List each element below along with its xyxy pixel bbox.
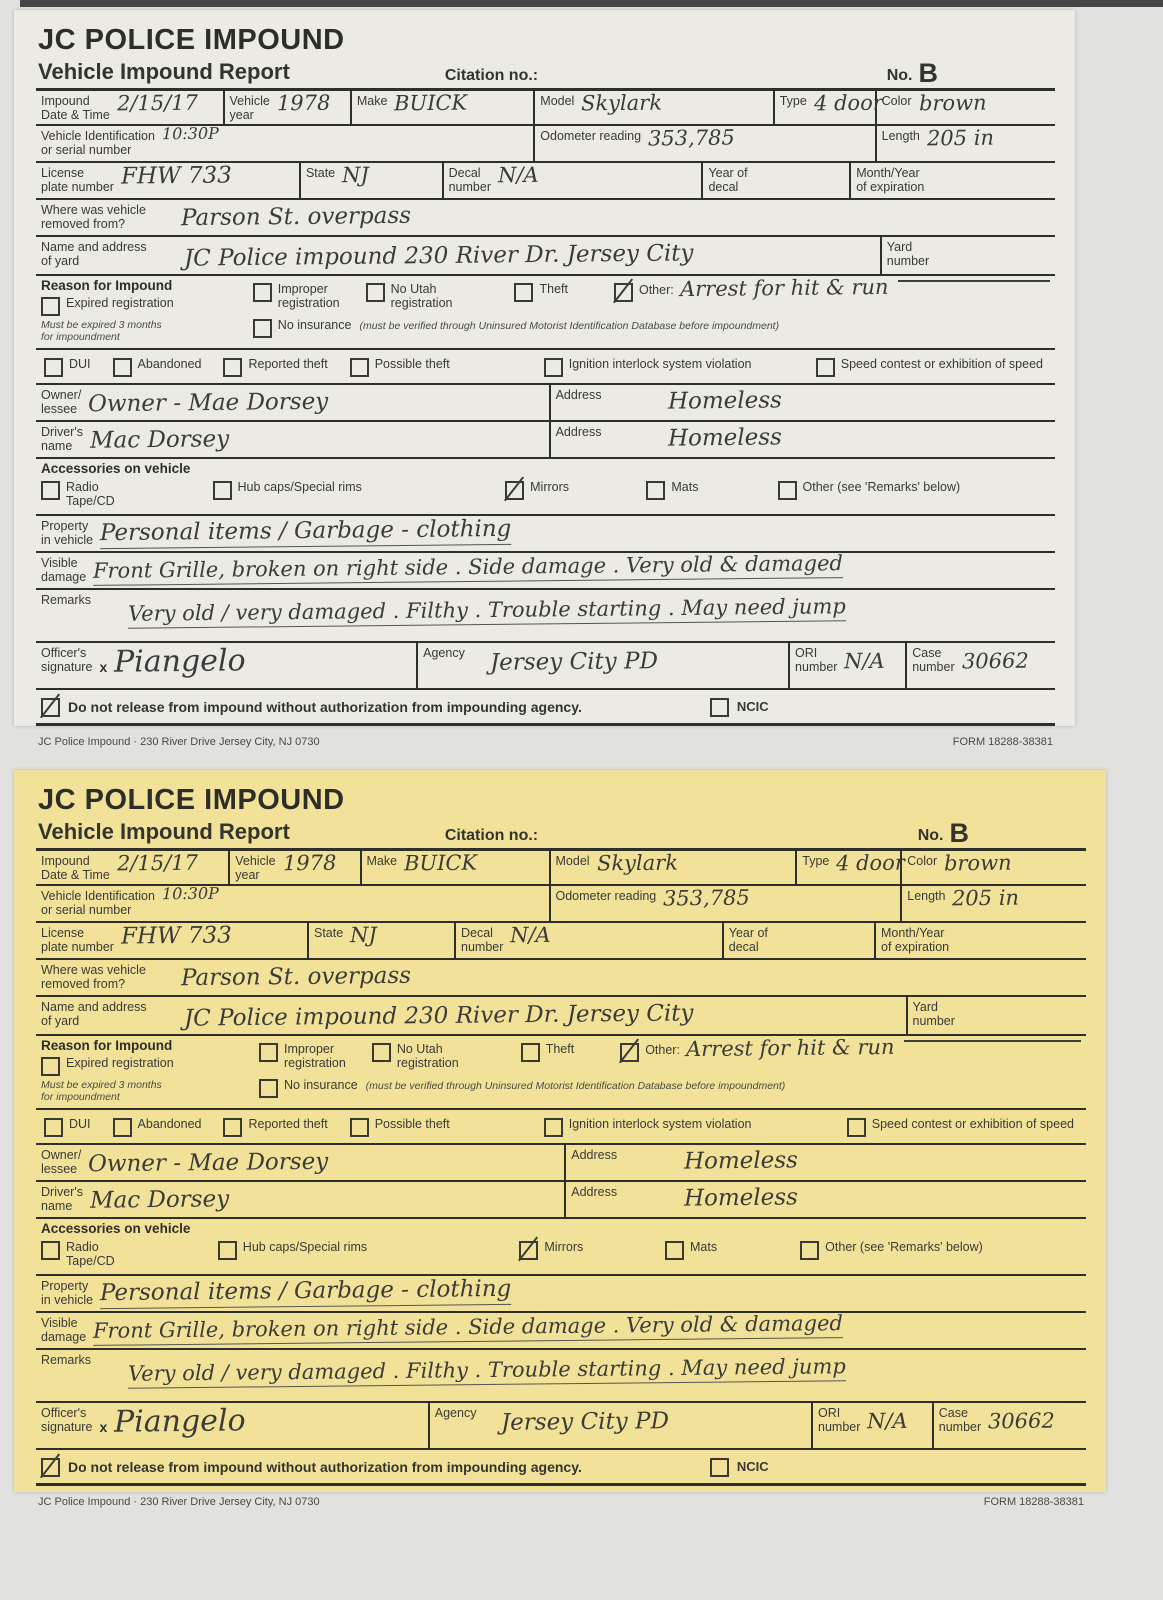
field-odometer: Odometer reading 353,785: [535, 126, 876, 161]
row-driver: Driver's name Mac Dorsey Address Homeles…: [36, 1182, 1086, 1219]
value-agency: Jersey City PD: [501, 1410, 669, 1435]
value-odometer: 353,785: [648, 128, 735, 150]
value-impound-time: 10:30P: [162, 126, 219, 143]
row-yard: Name and address of yard JC Police impou…: [36, 997, 1086, 1036]
value-vehicle-year: 1978: [282, 853, 336, 875]
field-year-of-decal: Year of decal: [703, 163, 851, 198]
field-remarks: Remarks Very old / very damaged . Filthy…: [36, 590, 1055, 641]
form-copy-number: No. B: [887, 62, 938, 85]
field-impound-datetime: Impound Date & Time 2/15/17: [36, 91, 225, 124]
row-removed-from: Where was vehicle removed from? Parson S…: [36, 200, 1055, 237]
possible-theft-checkbox: [350, 1118, 369, 1137]
value-vehicle-year: 1978: [277, 93, 331, 115]
row-dui-checkboxes: DUI Abandoned Reported theft Possible th…: [36, 350, 1055, 385]
checkbox-speed-contest: Speed contest or exhibition of speed: [847, 1117, 1074, 1137]
checkbox-improper-registration: Improper registration: [259, 1042, 346, 1070]
checkbox-hubcaps-rims: Hub caps/Special rims: [213, 480, 506, 500]
mirrors-checkbox: [519, 1241, 538, 1260]
checkbox-ncic: NCIC: [710, 1457, 769, 1477]
no-insurance-checkbox: [253, 319, 272, 338]
value-color: brown: [944, 853, 1012, 875]
field-type: Type 4 door: [797, 851, 902, 884]
row-remarks: Remarks Very old / very damaged . Filthy…: [36, 1350, 1086, 1403]
row-officer: Officer's signature x Piangelo Agency Je…: [36, 1403, 1086, 1450]
checkbox-speed-contest: Speed contest or exhibition of speed: [816, 357, 1043, 377]
row-removed-from: Where was vehicle removed from? Parson S…: [36, 960, 1086, 997]
field-agency: Agency Jersey City PD: [430, 1403, 813, 1448]
form-subtitle: Vehicle Impound Report: [38, 819, 290, 845]
footer-address: JC Police Impound · 230 River Drive Jers…: [38, 1496, 320, 1508]
value-case-number: 30662: [988, 1411, 1055, 1433]
checkbox-other-reason: Other: Arrest for hit & run: [620, 1042, 1081, 1062]
row-accessories: Accessories on vehicle Radio Tape/CD Hub…: [36, 1219, 1086, 1276]
value-property: Personal items / Garbage - clothing: [100, 518, 512, 549]
no-insurance-checkbox: [259, 1079, 278, 1098]
field-case-number: Case number 30662: [907, 643, 1055, 688]
value-state: NJ: [350, 925, 377, 946]
checkbox-radio-tape-cd: Radio Tape/CD: [41, 480, 213, 508]
value-impound-date: 2/15/17: [117, 93, 198, 115]
ignition-interlock-checkbox: [544, 358, 563, 377]
checkbox-possible-theft: Possible theft: [350, 1117, 450, 1137]
value-length: 205 in: [927, 128, 994, 150]
form-subtitle-row: Vehicle Impound Report Citation no.: No.…: [38, 819, 1084, 845]
ncic-checkbox: [710, 1458, 729, 1477]
expired-registration-note: Must be expired 3 months for impoundment: [41, 1079, 249, 1103]
form-title: JC POLICE IMPOUND: [38, 784, 1086, 817]
field-yard-number: Yard number: [908, 997, 1087, 1034]
accessories-header: Accessories on vehicle: [41, 461, 1050, 476]
reported-theft-checkbox: [223, 1118, 242, 1137]
checkbox-theft: Theft: [514, 282, 568, 302]
checkbox-hubcaps-rims: Hub caps/Special rims: [218, 1240, 520, 1260]
field-decal-number: Decal number N/A: [444, 163, 704, 198]
field-property-in-vehicle: Property in vehicle Personal items / Gar…: [36, 516, 1055, 551]
field-impound-datetime: Impound Date & Time 2/15/17: [36, 851, 230, 884]
hubcaps-rims-checkbox: [218, 1241, 237, 1260]
field-color: Color brown: [902, 851, 1086, 884]
checkbox-dui: DUI: [44, 1117, 91, 1137]
row-reason-for-impound: Reason for Impound Expired registration …: [36, 1036, 1086, 1110]
field-type: Type 4 door: [775, 91, 877, 124]
checkbox-abandoned: Abandoned: [113, 1117, 202, 1137]
value-visible-damage: Front Grille, broken on right side . Sid…: [93, 553, 843, 586]
checkbox-no-utah-registration: No Utah registration: [372, 1042, 459, 1070]
value-ori-number: N/A: [844, 651, 885, 672]
no-utah-registration-checkbox: [372, 1043, 391, 1062]
checkbox-ncic: NCIC: [710, 697, 769, 717]
field-license-plate: License plate number FHW 733: [36, 923, 309, 958]
checkbox-mats: Mats: [665, 1240, 800, 1260]
form-subtitle-row: Vehicle Impound Report Citation no.: No.…: [38, 59, 1053, 85]
value-owner-address: Homeless: [668, 389, 782, 413]
theft-checkbox: [514, 283, 533, 302]
value-officer-signature: Piangelo: [114, 646, 246, 677]
citation-label: Citation no.:: [445, 67, 538, 85]
form-grid: Impound Date & Time 2/15/17 Vehicle year…: [36, 88, 1055, 726]
row-owner: Owner/ lessee Owner - Mae Dorsey Address…: [36, 1145, 1086, 1182]
value-removed-from: Parson St. overpass: [181, 205, 411, 230]
mirrors-checkbox: [505, 481, 524, 500]
hubcaps-rims-checkbox: [213, 481, 232, 500]
field-model: Model Skylark: [535, 91, 774, 124]
value-ori-number: N/A: [867, 1411, 908, 1432]
row-license: License plate number FHW 733 State NJ De…: [36, 923, 1086, 960]
form-subtitle: Vehicle Impound Report: [38, 59, 290, 85]
speed-contest-checkbox: [816, 358, 835, 377]
field-state: State NJ: [309, 923, 456, 958]
dui-checkbox: [44, 358, 63, 377]
checkbox-possible-theft: Possible theft: [350, 357, 450, 377]
signature-x-mark: x: [99, 659, 107, 675]
value-impound-time: 10:30P: [162, 886, 219, 903]
field-case-number: Case number 30662: [934, 1403, 1086, 1448]
value-property: Personal items / Garbage - clothing: [100, 1278, 512, 1309]
field-vehicle-year: Vehicle year 1978: [225, 91, 352, 124]
other-reason-checkbox: [620, 1043, 639, 1062]
value-impound-date: 2/15/17: [117, 853, 198, 875]
field-yard-number: Yard number: [882, 237, 1055, 274]
field-model: Model Skylark: [551, 851, 798, 884]
mats-checkbox: [646, 481, 665, 500]
value-model: Skylark: [581, 93, 662, 115]
checkbox-expired-registration: Expired registration: [41, 1056, 249, 1076]
impound-form: JC POLICE IMPOUND Vehicle Impound Report…: [36, 24, 1055, 748]
form-copy-number: No. B: [918, 822, 969, 845]
abandoned-checkbox: [113, 1118, 132, 1137]
value-state: NJ: [342, 165, 369, 186]
row-remarks: Remarks Very old / very damaged . Filthy…: [36, 590, 1055, 643]
row-vin-odometer: Vehicle Identification or serial number …: [36, 126, 1055, 163]
value-other-reason: Arrest for hit & run: [680, 277, 889, 300]
checkbox-dui: DUI: [44, 357, 91, 377]
no-value: B: [919, 62, 939, 85]
checkbox-abandoned: Abandoned: [113, 357, 202, 377]
value-visible-damage: Front Grille, broken on right side . Sid…: [93, 1313, 843, 1346]
form-footer: JC Police Impound · 230 River Drive Jers…: [36, 736, 1055, 748]
value-model: Skylark: [596, 853, 677, 875]
other-reason-line: [898, 280, 1050, 282]
checkbox-theft: Theft: [521, 1042, 575, 1062]
value-make: BUICK: [394, 93, 467, 115]
checkbox-ignition-interlock: Ignition interlock system violation: [544, 357, 752, 377]
signature-x-mark: x: [99, 1419, 107, 1435]
radio-tape-cd-checkbox: [41, 481, 60, 500]
accessories-header: Accessories on vehicle: [41, 1221, 1081, 1236]
field-length: Length 205 in: [877, 126, 1055, 161]
improper-registration-checkbox: [259, 1043, 278, 1062]
row-vehicle-basic: Impound Date & Time 2/15/17 Vehicle year…: [36, 851, 1086, 886]
expired-registration-checkbox: [41, 297, 60, 316]
possible-theft-checkbox: [350, 358, 369, 377]
field-odometer: Odometer reading 353,785: [551, 886, 903, 921]
field-owner-address: Address Homeless: [566, 1145, 1086, 1180]
checkbox-mirrors: Mirrors: [505, 480, 646, 500]
ncic-checkbox: [710, 698, 729, 717]
field-make: Make BUICK: [362, 851, 551, 884]
checkbox-no-insurance: No insurance: [253, 318, 352, 338]
form-footer: JC Police Impound · 230 River Drive Jers…: [36, 1496, 1086, 1508]
mats-checkbox: [665, 1241, 684, 1260]
no-utah-registration-checkbox: [366, 283, 385, 302]
row-owner: Owner/ lessee Owner - Mae Dorsey Address…: [36, 385, 1055, 422]
form-grid: Impound Date & Time 2/15/17 Vehicle year…: [36, 848, 1086, 1486]
speed-contest-checkbox: [847, 1118, 866, 1137]
dui-checkbox: [44, 1118, 63, 1137]
field-decal-number: Decal number N/A: [456, 923, 724, 958]
other-reason-checkbox: [614, 283, 633, 302]
no-label: No.: [887, 67, 913, 85]
ignition-interlock-checkbox: [544, 1118, 563, 1137]
checkbox-no-insurance: No insurance: [259, 1078, 358, 1098]
no-label: No.: [918, 827, 944, 845]
checkbox-other-accessories: Other (see 'Remarks' below): [778, 480, 1050, 500]
row-license: License plate number FHW 733 State NJ De…: [36, 163, 1055, 200]
reported-theft-checkbox: [223, 358, 242, 377]
field-officer-signature: Officer's signature x Piangelo: [36, 1403, 430, 1448]
checkbox-other-reason: Other: Arrest for hit & run: [614, 282, 1050, 302]
field-officer-signature: Officer's signature x Piangelo: [36, 643, 418, 688]
field-removed-from: Where was vehicle removed from? Parson S…: [36, 200, 1055, 235]
field-owner-lessee: Owner/ lessee Owner - Mae Dorsey: [36, 1145, 566, 1180]
white-copy-sheet: JC POLICE IMPOUND Vehicle Impound Report…: [14, 10, 1075, 726]
footer-form-number: FORM 18288-38381: [984, 1496, 1084, 1508]
row-property: Property in vehicle Personal items / Gar…: [36, 516, 1055, 553]
value-owner-lessee: Owner - Mae Dorsey: [88, 1151, 328, 1177]
other-accessories-checkbox: [800, 1241, 819, 1260]
footer-address: JC Police Impound · 230 River Drive Jers…: [38, 736, 320, 748]
value-yard-name-address: JC Police impound 230 River Dr. Jersey C…: [184, 1002, 694, 1030]
field-yard-name-address: Name and address of yard JC Police impou…: [36, 237, 882, 274]
field-visible-damage: Visible damage Front Grille, broken on r…: [36, 553, 1055, 588]
field-removed-from: Where was vehicle removed from? Parson S…: [36, 960, 1086, 995]
value-type: 4 door: [814, 93, 883, 115]
row-release-authorization: Do not release from impound without auth…: [36, 1450, 1086, 1483]
field-yard-name-address: Name and address of yard JC Police impou…: [36, 997, 908, 1034]
field-driver-name: Driver's name Mac Dorsey: [36, 422, 551, 457]
checkbox-other-accessories: Other (see 'Remarks' below): [800, 1240, 1081, 1260]
row-yard: Name and address of yard JC Police impou…: [36, 237, 1055, 276]
release-note: Do not release from impound without auth…: [68, 699, 582, 715]
field-ori-number: ORI number N/A: [790, 643, 907, 688]
value-driver-address: Homeless: [684, 1186, 798, 1210]
checkbox-reported-theft: Reported theft: [223, 357, 327, 377]
no-value: B: [950, 822, 970, 845]
checkbox-expired-registration: Expired registration: [41, 296, 243, 316]
field-owner-address: Address Homeless: [551, 385, 1055, 420]
row-officer: Officer's signature x Piangelo Agency Je…: [36, 643, 1055, 690]
do-not-release-checkbox: [41, 1458, 60, 1477]
field-vehicle-year: Vehicle year 1978: [230, 851, 361, 884]
impound-form: JC POLICE IMPOUND Vehicle Impound Report…: [36, 784, 1086, 1508]
row-vehicle-basic: Impound Date & Time 2/15/17 Vehicle year…: [36, 91, 1055, 126]
field-owner-lessee: Owner/ lessee Owner - Mae Dorsey: [36, 385, 551, 420]
field-property-in-vehicle: Property in vehicle Personal items / Gar…: [36, 1276, 1086, 1311]
other-accessories-checkbox: [778, 481, 797, 500]
checkbox-mirrors: Mirrors: [519, 1240, 665, 1260]
value-owner-lessee: Owner - Mae Dorsey: [88, 391, 328, 417]
do-not-release-checkbox: [41, 698, 60, 717]
row-dui-checkboxes: DUI Abandoned Reported theft Possible th…: [36, 1110, 1086, 1145]
checkbox-mats: Mats: [646, 480, 777, 500]
row-release-authorization: Do not release from impound without auth…: [36, 690, 1055, 723]
value-driver-address: Homeless: [668, 426, 782, 450]
value-remarks: Very old / very damaged . Filthy . Troub…: [128, 596, 846, 629]
value-odometer: 353,785: [663, 888, 750, 910]
field-year-of-decal: Year of decal: [724, 923, 876, 958]
value-make: BUICK: [404, 853, 477, 875]
expired-registration-note: Must be expired 3 months for impoundment: [41, 319, 243, 343]
field-month-year-expiration: Month/Year of expiration: [851, 163, 1055, 198]
row-visible-damage: Visible damage Front Grille, broken on r…: [36, 1313, 1086, 1350]
other-reason-line: [904, 1040, 1081, 1042]
row-accessories: Accessories on vehicle Radio Tape/CD Hub…: [36, 459, 1055, 516]
abandoned-checkbox: [113, 358, 132, 377]
field-remarks: Remarks Very old / very damaged . Filthy…: [36, 1350, 1086, 1401]
value-yard-name-address: JC Police impound 230 River Dr. Jersey C…: [184, 242, 694, 270]
value-agency: Jersey City PD: [490, 650, 658, 675]
value-other-reason: Arrest for hit & run: [686, 1037, 895, 1060]
checkbox-improper-registration: Improper registration: [253, 282, 340, 310]
reason-header: Reason for Impound: [41, 1038, 249, 1053]
checkbox-no-utah-registration: No Utah registration: [366, 282, 453, 310]
citation-label: Citation no.:: [445, 827, 538, 845]
checkbox-radio-tape-cd: Radio Tape/CD: [41, 1240, 218, 1268]
field-visible-damage: Visible damage Front Grille, broken on r…: [36, 1313, 1086, 1348]
no-insurance-note: (must be verified through Uninsured Moto…: [359, 320, 779, 332]
expired-registration-checkbox: [41, 1057, 60, 1076]
value-owner-address: Homeless: [684, 1149, 798, 1173]
field-license-plate: License plate number FHW 733: [36, 163, 301, 198]
field-length: Length 205 in: [902, 886, 1086, 921]
field-driver-name: Driver's name Mac Dorsey: [36, 1182, 566, 1217]
checkbox-ignition-interlock: Ignition interlock system violation: [544, 1117, 752, 1137]
field-vin: Vehicle Identification or serial number …: [36, 126, 535, 161]
field-agency: Agency Jersey City PD: [418, 643, 790, 688]
row-vin-odometer: Vehicle Identification or serial number …: [36, 886, 1086, 923]
row-reason-for-impound: Reason for Impound Expired registration …: [36, 276, 1055, 350]
field-color: Color brown: [877, 91, 1055, 124]
value-color: brown: [918, 93, 986, 115]
radio-tape-cd-checkbox: [41, 1241, 60, 1260]
value-removed-from: Parson St. overpass: [181, 965, 411, 990]
field-vin: Vehicle Identification or serial number …: [36, 886, 551, 921]
field-driver-address: Address Homeless: [551, 422, 1055, 457]
value-length: 205 in: [952, 888, 1019, 910]
theft-checkbox: [521, 1043, 540, 1062]
footer-form-number: FORM 18288-38381: [953, 736, 1053, 748]
value-type: 4 door: [836, 853, 905, 875]
reason-header: Reason for Impound: [41, 278, 243, 293]
release-note: Do not release from impound without auth…: [68, 1459, 582, 1475]
field-driver-address: Address Homeless: [566, 1182, 1086, 1217]
yellow-copy-sheet: JC POLICE IMPOUND Vehicle Impound Report…: [14, 770, 1106, 1492]
value-case-number: 30662: [962, 651, 1029, 673]
field-month-year-expiration: Month/Year of expiration: [876, 923, 1086, 958]
value-driver-name: Mac Dorsey: [90, 428, 229, 452]
scanner-edge-strip: [20, 0, 1163, 7]
form-title: JC POLICE IMPOUND: [38, 24, 1055, 57]
checkbox-reported-theft: Reported theft: [223, 1117, 327, 1137]
row-property: Property in vehicle Personal items / Gar…: [36, 1276, 1086, 1313]
value-officer-signature: Piangelo: [114, 1406, 246, 1437]
value-license-plate: FHW 733: [121, 924, 232, 948]
field-make: Make BUICK: [352, 91, 535, 124]
field-state: State NJ: [301, 163, 444, 198]
value-license-plate: FHW 733: [121, 164, 232, 188]
row-driver: Driver's name Mac Dorsey Address Homeles…: [36, 422, 1055, 459]
no-insurance-note: (must be verified through Uninsured Moto…: [366, 1080, 786, 1092]
value-remarks: Very old / very damaged . Filthy . Troub…: [128, 1356, 846, 1389]
value-decal-number: N/A: [510, 925, 551, 946]
row-visible-damage: Visible damage Front Grille, broken on r…: [36, 553, 1055, 590]
field-ori-number: ORI number N/A: [813, 1403, 934, 1448]
value-decal-number: N/A: [498, 165, 539, 186]
value-driver-name: Mac Dorsey: [90, 1188, 229, 1212]
improper-registration-checkbox: [253, 283, 272, 302]
